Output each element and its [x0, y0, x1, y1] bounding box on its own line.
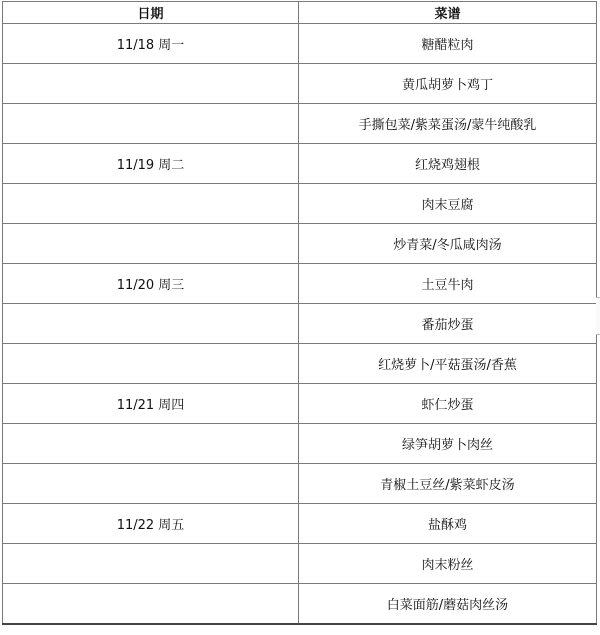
date-cell: 11/22 周五 — [3, 504, 299, 544]
dish-cell: 土豆牛肉 — [299, 264, 597, 304]
dish-cell: 黄瓜胡萝卜鸡丁 — [299, 64, 597, 104]
header-menu: 菜谱 — [299, 2, 597, 24]
date-cell: 11/20 周三 — [3, 264, 299, 304]
dish-cell: 手撕包菜/紫菜蛋汤/蒙牛纯酸乳 — [299, 104, 597, 144]
date-cell: 11/21 周四 — [3, 384, 299, 424]
edge-marker — [596, 297, 600, 335]
date-cell: 11/19 周二 — [3, 144, 299, 184]
header-row: 日期 菜谱 — [3, 2, 597, 24]
date-cell — [3, 544, 299, 584]
dish-cell: 青椒土豆丝/紫菜虾皮汤 — [299, 464, 597, 504]
dish-cell: 虾仁炒蛋 — [299, 384, 597, 424]
date-cell — [3, 464, 299, 504]
table-row: 11/20 周三土豆牛肉 — [3, 264, 597, 304]
table-row: 肉末粉丝 — [3, 544, 597, 584]
date-cell — [3, 304, 299, 344]
date-cell — [3, 424, 299, 464]
date-cell — [3, 224, 299, 264]
dish-cell: 盐酥鸡 — [299, 504, 597, 544]
date-cell — [3, 64, 299, 104]
table-row: 11/19 周二红烧鸡翅根 — [3, 144, 597, 184]
dish-cell: 红烧萝卜/平菇蛋汤/香蕉 — [299, 344, 597, 384]
table-row: 11/21 周四虾仁炒蛋 — [3, 384, 597, 424]
dish-cell: 肉末粉丝 — [299, 544, 597, 584]
dish-cell: 肉末豆腐 — [299, 184, 597, 224]
date-cell — [3, 104, 299, 144]
table-row: 手撕包菜/紫菜蛋汤/蒙牛纯酸乳 — [3, 104, 597, 144]
date-cell — [3, 584, 299, 625]
dish-cell: 番茄炒蛋 — [299, 304, 597, 344]
dish-cell: 红烧鸡翅根 — [299, 144, 597, 184]
table-row: 红烧萝卜/平菇蛋汤/香蕉 — [3, 344, 597, 384]
dish-cell: 炒青菜/冬瓜咸肉汤 — [299, 224, 597, 264]
table-row: 11/22 周五盐酥鸡 — [3, 504, 597, 544]
table-row: 11/18 周一糖醋粒肉 — [3, 24, 597, 64]
table-row: 肉末豆腐 — [3, 184, 597, 224]
table-row: 白菜面筋/蘑菇肉丝汤 — [3, 584, 597, 625]
dish-cell: 糖醋粒肉 — [299, 24, 597, 64]
table-row: 黄瓜胡萝卜鸡丁 — [3, 64, 597, 104]
table-row: 绿笋胡萝卜肉丝 — [3, 424, 597, 464]
date-cell — [3, 184, 299, 224]
weekly-menu-table: 日期 菜谱 11/18 周一糖醋粒肉 黄瓜胡萝卜鸡丁 手撕包菜/紫菜蛋汤/蒙牛纯… — [2, 1, 597, 625]
date-cell — [3, 344, 299, 384]
date-cell: 11/18 周一 — [3, 24, 299, 64]
dish-cell: 绿笋胡萝卜肉丝 — [299, 424, 597, 464]
header-date: 日期 — [3, 2, 299, 24]
table-row: 番茄炒蛋 — [3, 304, 597, 344]
table-row: 青椒土豆丝/紫菜虾皮汤 — [3, 464, 597, 504]
table-row: 炒青菜/冬瓜咸肉汤 — [3, 224, 597, 264]
dish-cell: 白菜面筋/蘑菇肉丝汤 — [299, 584, 597, 625]
